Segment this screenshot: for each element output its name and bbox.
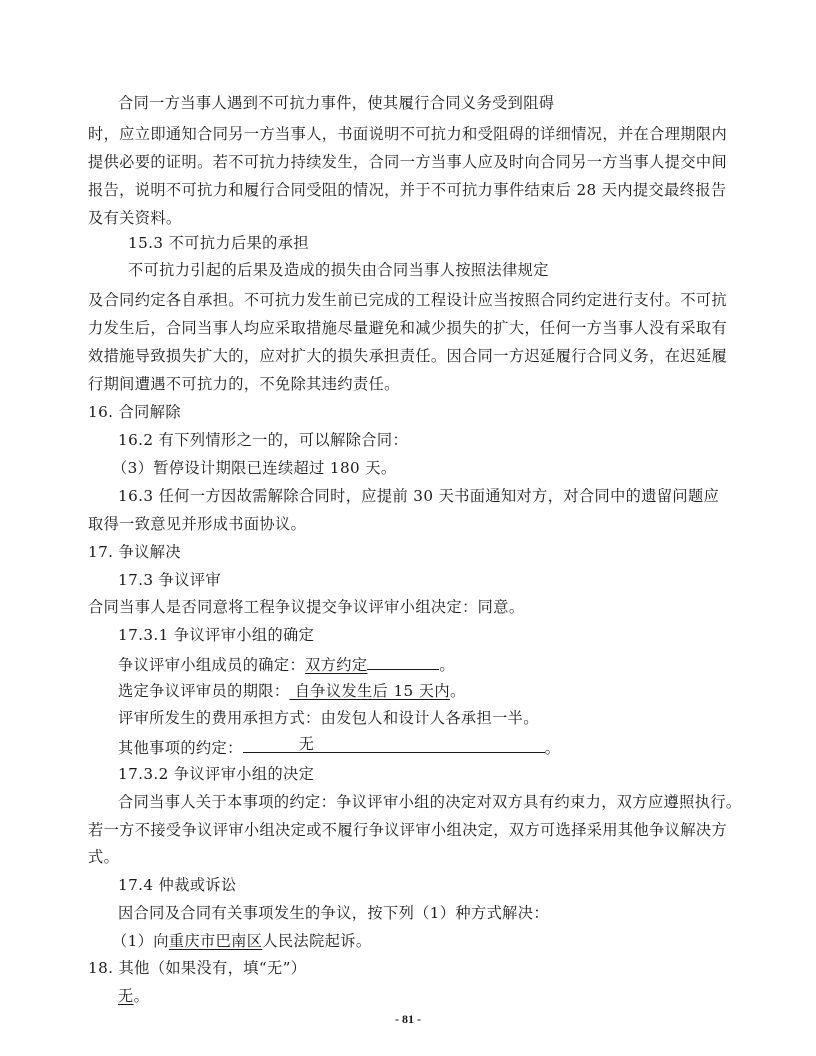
paragraph-line: 力发生后，合同当事人均应采取措施尽量避免和减少损失的扩大，任何一方当事人没有采取…: [88, 318, 727, 338]
agree-line: 合同当事人是否同意将工程争议提交争议评审小组决定：同意。: [88, 597, 524, 617]
period-mark: 。: [439, 656, 455, 674]
court-row: （1）向重庆市巴南区人民法院起诉。: [112, 931, 371, 951]
section-heading-17: 17. 争议解决: [88, 542, 181, 562]
paragraph-line: 时，应立即通知合同另一方当事人，书面说明不可抗力和受阻碍的详细情况，并在合理期限…: [88, 124, 727, 144]
period-mark: 。: [545, 739, 561, 757]
section18-value: 无: [118, 987, 134, 1005]
cost-line: 评审所发生的费用承担方式：由发包人和设计人各承担一半。: [118, 708, 539, 728]
paragraph-line: 及合同约定各自承担。不可抗力发生前已完成的工程设计应当按照合同约定进行支付。不可…: [88, 290, 727, 310]
clause-16-2-3: （3）暂停设计期限已连续超过 180 天。: [112, 458, 397, 478]
method-line: 因合同及合同有关事项发生的争议，按下列（1）种方式解决：: [118, 903, 549, 923]
other-row: 其他事项的约定：无。: [118, 736, 560, 758]
section-heading-18: 18. 其他（如果没有，填“无”）: [88, 958, 306, 978]
members-label: 争议评审小组成员的确定：: [118, 656, 305, 674]
period-mark: 。: [134, 987, 150, 1005]
page-number: - 81 -: [0, 1012, 816, 1027]
paragraph-line: 提供必要的证明。若不可抗力持续发生，合同一方当事人应及时向合同另一方当事人提交中…: [88, 152, 727, 172]
paragraph-line: 式。: [88, 847, 119, 867]
clause-17-3-1: 17.3.1 争议评审小组的确定: [118, 625, 314, 645]
clause-16-2: 16.2 有下列情形之一的，可以解除合同：: [118, 430, 408, 450]
paragraph-line: 不可抗力引起的后果及造成的损失由合同当事人按照法律规定: [128, 260, 549, 280]
section-heading-15-3: 15.3 不可抗力后果的承担: [128, 233, 309, 253]
clause-17-3-2: 17.3.2 争议评审小组的决定: [118, 764, 314, 784]
members-value: 双方约定: [305, 656, 367, 674]
members-blank: [367, 653, 439, 670]
paragraph-line: 及有关资料。: [88, 208, 182, 228]
paragraph-line: 合同一方当事人遇到不可抗力事件，使其履行合同义务受到阻碍: [118, 93, 554, 113]
period-mark: 。: [450, 682, 466, 700]
other-label: 其他事项的约定：: [118, 739, 243, 757]
clause-17-4: 17.4 仲裁或诉讼: [118, 875, 237, 895]
court-value: 重庆市巴南区: [169, 932, 263, 950]
other-blank: 无: [243, 736, 545, 753]
paragraph-line: 行期间遭遇不可抗力的，不免除其违约责任。: [88, 374, 400, 394]
paragraph-line: 若一方不接受争议评审小组决定或不履行争议评审小组决定，双方可选择采用其他争议解决…: [88, 820, 727, 840]
clause-17-3: 17.3 争议评审: [118, 570, 221, 590]
court-prefix: （1）向: [112, 932, 169, 950]
other-value-row: 无。: [118, 986, 149, 1006]
paragraph-line: 效措施导致损失扩大的，应对扩大的损失承担责任。因合同一方迟延履行合同义务，在迟延…: [88, 346, 727, 366]
period-row: 选定争议评审员的期限： 自争议发生后 15 天内。: [118, 681, 466, 701]
period-value: 自争议发生后 15 天内: [289, 682, 450, 700]
paragraph-line: 合同当事人关于本事项的约定：争议评审小组的决定对双方具有约束力，双方应遵照执行。: [118, 792, 742, 812]
section-heading-16: 16. 合同解除: [88, 402, 181, 422]
clause-16-3: 16.3 任何一方因故需解除合同时，应提前 30 天书面通知对方，对合同中的遗留…: [118, 486, 719, 506]
paragraph-line: 报告，说明不可抗力和履行合同受阻的情况，并于不可抗力事件结束后 28 天内提交最…: [88, 180, 727, 200]
court-suffix: 人民法院起诉。: [262, 932, 371, 950]
other-value: 无: [299, 734, 315, 754]
period-label: 选定争议评审员的期限：: [118, 682, 289, 700]
members-row: 争议评审小组成员的确定：双方约定。: [118, 653, 455, 675]
paragraph-line: 取得一致意见并形成书面协议。: [88, 514, 306, 534]
document-page: 合同一方当事人遇到不可抗力事件，使其履行合同义务受到阻碍 时，应立即通知合同另一…: [0, 0, 816, 1056]
